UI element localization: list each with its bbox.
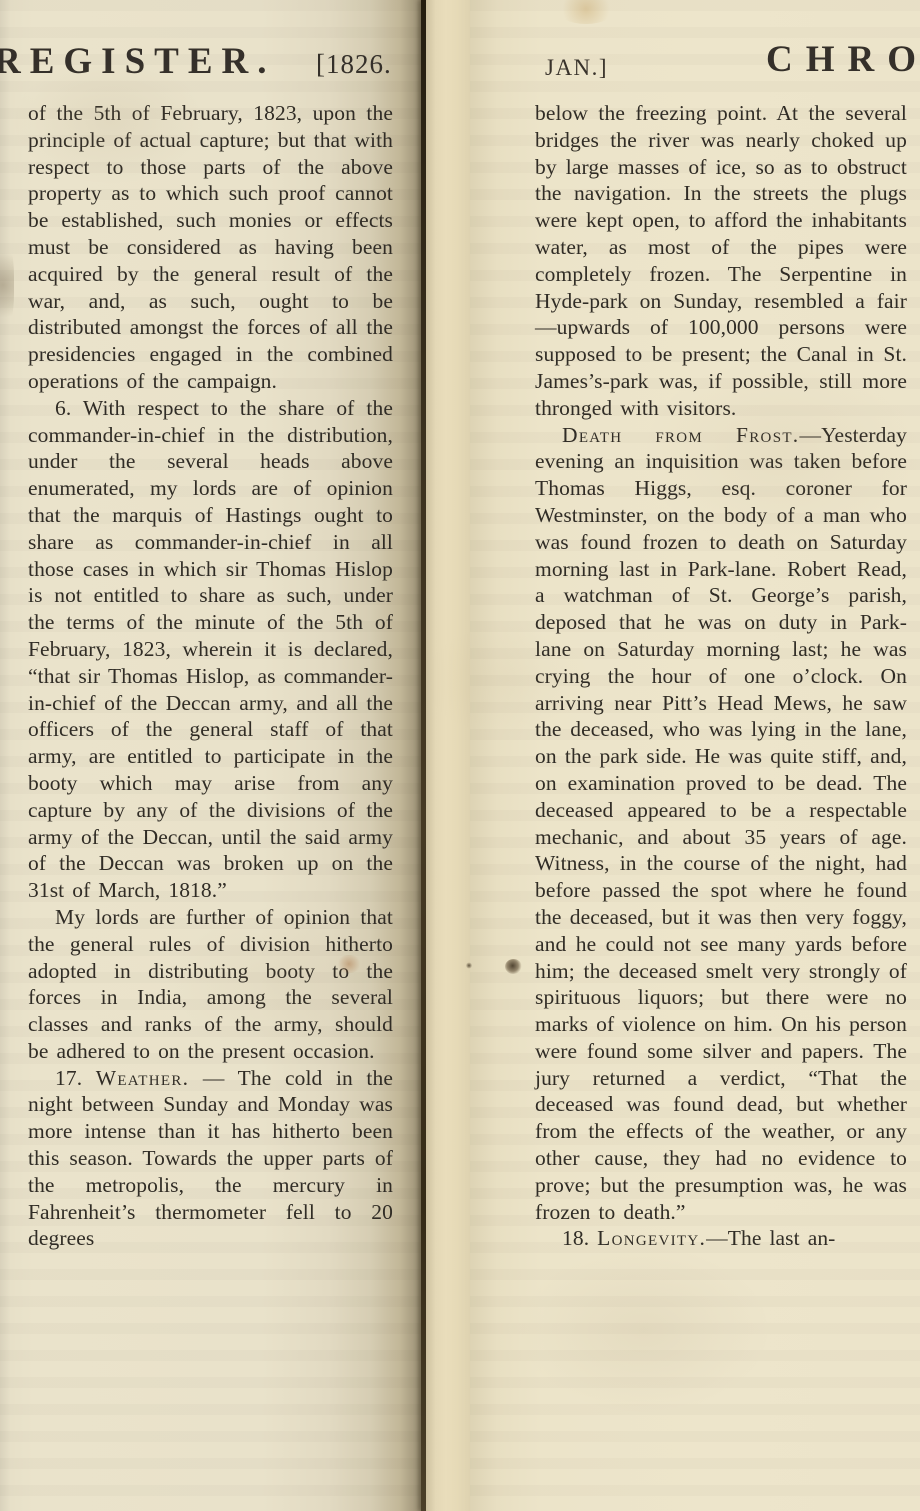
left-page: REGISTER. [1826. of the 5th of February,…	[0, 0, 421, 1511]
entry-body-weather: — The cold in the night between Sunday a…	[28, 1066, 393, 1251]
book-gutter	[426, 0, 470, 1511]
right-text-column: below the freezing point. At the several…	[535, 100, 907, 1252]
paragraph-frozen-river: below the freezing point. At the several…	[535, 100, 907, 422]
running-title-chronicle: CHRON	[766, 38, 920, 81]
entry-body-longevity: —The last an-	[706, 1226, 835, 1250]
entry-heading-weather: Weather.	[96, 1066, 190, 1090]
month-label: JAN.]	[545, 55, 608, 81]
running-title-register: REGISTER.	[0, 40, 275, 83]
entry-number-17: 17.	[55, 1066, 96, 1090]
book-scan: REGISTER. [1826. of the 5th of February,…	[0, 0, 920, 1511]
paragraph-longevity: 18. Longevity.—The last an-	[535, 1225, 907, 1252]
edge-smudge	[0, 240, 14, 330]
entry-heading-longevity: Longevity.	[597, 1226, 706, 1250]
paragraph-rules-of-division: My lords are further of opinion that the…	[28, 904, 393, 1065]
paragraph-commander-share: 6. With respect to the share of the comm…	[28, 395, 393, 904]
year-label: [1826.	[316, 49, 392, 80]
paragraph-weather: 17. Weather. — The cold in the night bet…	[28, 1065, 393, 1253]
left-text-column: of the 5th of February, 1823, upon the p…	[28, 100, 393, 1252]
paragraph-capture-principle: of the 5th of February, 1823, upon the p…	[28, 100, 393, 395]
right-page: JAN.] CHRON below the freezing point. At…	[470, 0, 920, 1511]
entry-number-18: 18.	[562, 1226, 597, 1250]
left-page-header: REGISTER. [1826.	[0, 40, 394, 84]
entry-body-death-from-frost: —Yesterday evening an inquisition was ta…	[535, 423, 907, 1224]
paragraph-death-from-frost: Death from Frost.—Yesterday evening an i…	[535, 422, 907, 1226]
entry-heading-death-from-frost: Death from Frost.	[562, 423, 799, 447]
